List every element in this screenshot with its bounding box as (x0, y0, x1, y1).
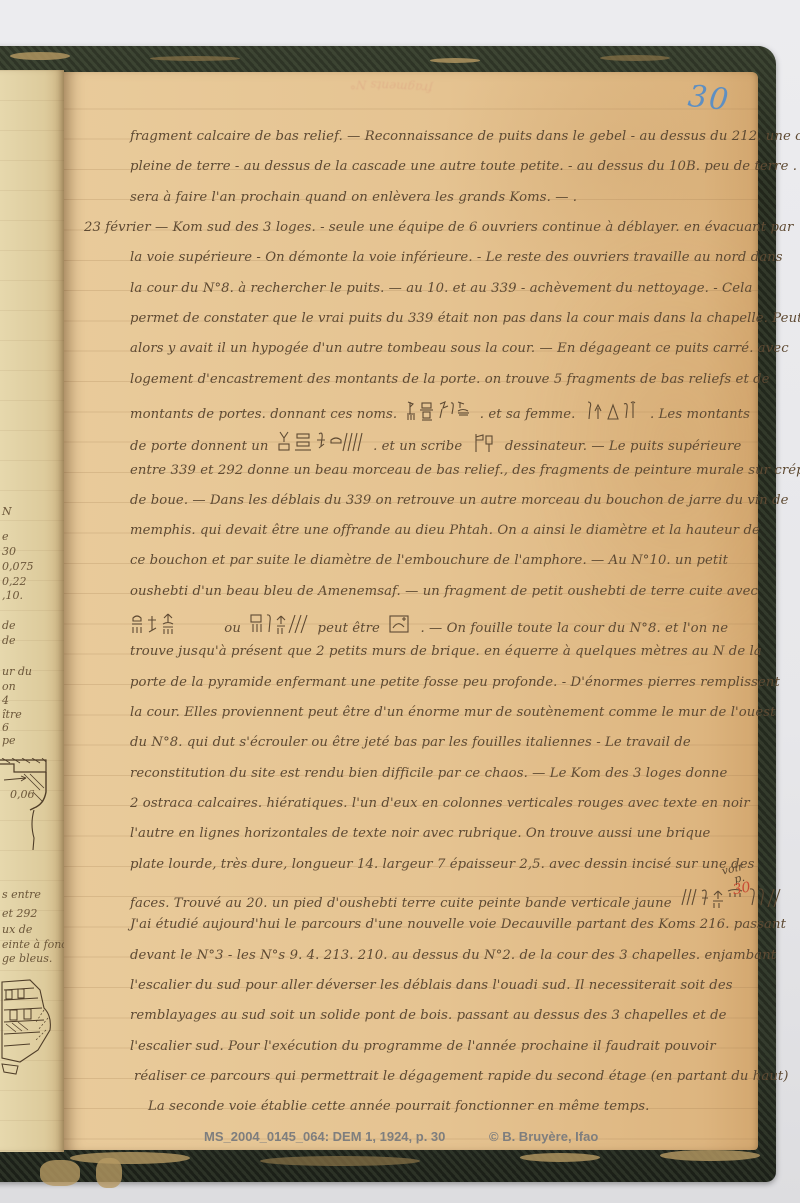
margin-fragment: on (2, 681, 16, 693)
margin-fragment: ,10. (2, 590, 23, 602)
hieroglyph-group-icon (277, 430, 365, 454)
journal-line: de porte donnent un . et un scribe dessi… (130, 430, 741, 457)
journal-line: l'escalier sud. Pour l'exécution du prog… (130, 1037, 716, 1057)
journal-line: la cour. Elles proviennent peut être d'u… (130, 703, 776, 723)
journal-text: faces. Trouvé au 20. un pied d'oushebti … (130, 896, 672, 911)
journal-line: l'escalier du sud pour aller déverser le… (130, 976, 733, 996)
journal-line: du N°8. qui dut s'écrouler ou être jeté … (130, 733, 691, 753)
journal-line: reconstitution du site est rendu bien di… (130, 764, 727, 784)
journal-line: logement d'encastrement des montants de … (130, 370, 770, 390)
journal-line: La seconde voie établie cette année pour… (148, 1097, 649, 1117)
journal-text: montants de portes. donnant ces noms. (130, 407, 397, 422)
journal-line: ce bouchon et par suite le diamètre de l… (130, 551, 728, 571)
journal-line: pleine de terre - au dessus de la cascad… (130, 157, 800, 177)
previous-page-marginalia: Ne300,0750,22,10.dedeur duon4ître6pe0,06… (0, 0, 64, 1203)
margin-fragment: de (2, 635, 16, 647)
journal-line: l'autre en lignes horizontales de texte … (130, 824, 710, 844)
journal-line: memphis. qui devait être une offrande au… (130, 521, 760, 541)
margin-fragment: e (2, 531, 9, 543)
margin-fragment: 0,22 (2, 576, 27, 588)
caption-reference: MS_2004_0145_064: DEM 1, 1924, p. 30 (204, 1128, 445, 1146)
hieroglyph-group-icon (584, 400, 642, 422)
journal-line: fragment calcaire de bas relief. — Recon… (130, 127, 800, 147)
margin-fragment: ître (2, 709, 22, 721)
journal-line: 23 février — Kom sud des 3 loges. - seul… (84, 218, 793, 238)
section-sketch (0, 758, 62, 858)
margin-fragment: ge bleus. (2, 953, 52, 965)
margin-fragment: 6 (2, 722, 9, 734)
margin-fragment: pe (2, 735, 16, 747)
margin-fragment: 4 (2, 695, 9, 707)
margin-fragment: ur du (2, 666, 32, 678)
journal-text: dessinateur. — Le puits supérieure (505, 439, 742, 454)
journal-line: sera à faire l'an prochain quand on enlè… (130, 188, 577, 208)
journal-line: réaliser ce parcours qui permettrait le … (134, 1067, 789, 1087)
journal-line: remblayages au sud soit un solide pont d… (130, 1006, 727, 1026)
journal-line: ou peut être . — On fouille toute la cou… (130, 612, 728, 639)
margin-fragment: 0,06 (10, 789, 35, 801)
journal-line: permet de constater que le vrai puits du… (130, 309, 800, 329)
journal-text: . et sa femme. (480, 407, 576, 422)
hieroglyph-group-icon (406, 400, 472, 422)
hieroglyph-group-icon (130, 612, 216, 636)
journal-line: 2 ostraca calcaires. hiératiques. l'un d… (130, 794, 750, 814)
journal-line: de boue. — Dans les déblais du 339 on re… (130, 491, 789, 511)
journal-text-block: montants de portes. donnant ces noms. . … (0, 0, 800, 1203)
journal-line: J'ai étudié aujourd'hui le parcours d'un… (130, 915, 786, 935)
journal-text: ou (224, 621, 241, 636)
journal-line: plate lourde, très dure, longueur 14. la… (130, 855, 754, 875)
margin-fragment: ux de (2, 924, 32, 936)
journal-text: de porte donnent un (130, 439, 268, 454)
margin-fragment: N (2, 506, 12, 518)
journal-line: devant le N°3 - les N°s 9. 4. 213. 210. … (130, 946, 776, 966)
margin-fragment: de (2, 620, 16, 632)
journal-line: la cour du N°8. à rechercher le puits. —… (130, 279, 752, 299)
hieroglyph-group-icon (249, 612, 309, 636)
journal-text: . Les montants (650, 407, 750, 422)
margin-fragment: 30 (2, 546, 16, 558)
margin-fragment: s entre (2, 889, 41, 901)
fragment-sketch (0, 978, 60, 1090)
journal-text: . et un scribe (373, 439, 462, 454)
caption-copyright: © B. Bruyère, Ifao (489, 1128, 598, 1146)
journal-line: trouve jusqu'à présent que 2 petits murs… (130, 642, 762, 662)
journal-line: entre 339 et 292 donne un beau morceau d… (130, 461, 800, 481)
margin-fragment: einte à fond (2, 939, 64, 951)
margin-fragment: 0,075 (2, 561, 34, 573)
hieroglyph-scribe-icon (471, 432, 497, 454)
journal-text: peut être (318, 621, 380, 636)
hieroglyph-boxed-icon (388, 612, 412, 636)
journal-line: montants de portes. donnant ces noms. . … (130, 400, 750, 425)
scanned-notebook-page: 30 fragments N° montants de portes. donn… (0, 0, 800, 1203)
margin-fragment: et 292 (2, 908, 37, 920)
journal-line: la voie supérieure - On démonte la voie … (130, 248, 783, 268)
journal-line: porte de la pyramide enfermant une petit… (130, 673, 780, 693)
journal-text: . — On fouille toute la cour du N°8. et … (420, 621, 728, 636)
journal-line: alors y avait il un hypogée d'un autre t… (130, 339, 789, 359)
journal-line: oushebti d'un beau bleu de Amenemsaf. — … (130, 582, 758, 602)
journal-line: faces. Trouvé au 20. un pied d'oushebti … (130, 885, 788, 914)
